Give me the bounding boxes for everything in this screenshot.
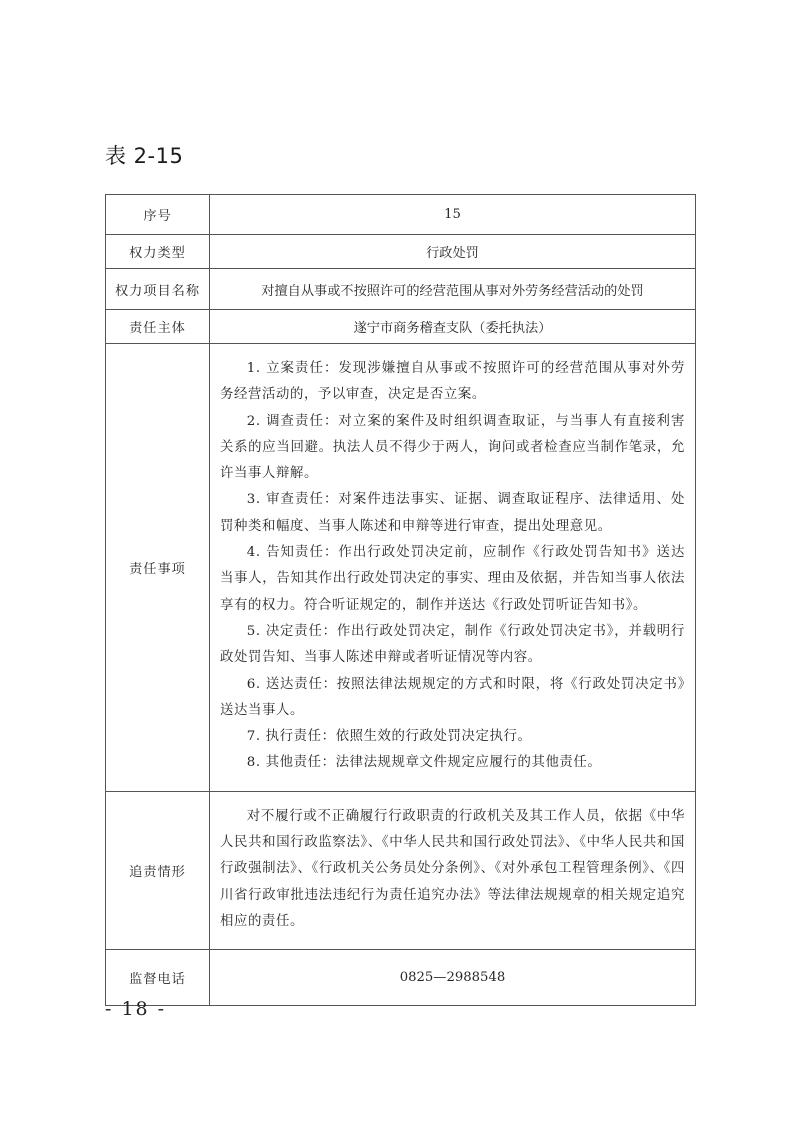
duty-item-4: 4. 告知责任：作出行政处罚决定前，应制作《行政处罚告知书》送达当事人，告知其作… xyxy=(220,540,685,619)
table-row-seq: 序号 15 xyxy=(106,195,696,235)
row-label-subject: 责任主体 xyxy=(106,310,210,344)
row-value-phone: 0825—2988548 xyxy=(210,950,696,1006)
table-row-power-type: 权力类型 行政处罚 xyxy=(106,235,696,269)
row-label-power-type: 权力类型 xyxy=(106,235,210,269)
duty-item-8: 8. 其他责任：法律法规规章文件规定应履行的其他责任。 xyxy=(220,750,685,776)
duty-item-6: 6. 送达责任：按照法律法规规定的方式和时限，将《行政处罚决定书》送达当事人。 xyxy=(220,672,685,725)
row-label-accountability: 追责情形 xyxy=(106,791,210,949)
responsibility-table: 序号 15 权力类型 行政处罚 权力项目名称 对擅自从事或不按照许可的经营范围从… xyxy=(105,194,696,1006)
duties-list: 1. 立案责任：发现涉嫌擅自从事或不按照许可的经营范围从事对外劳务经营活动的，予… xyxy=(210,344,695,791)
duty-item-5: 5. 决定责任：作出行政处罚决定，制作《行政处罚决定书》，并载明行政处罚告知、当… xyxy=(220,619,685,672)
table-row-duties: 责任事项 1. 立案责任：发现涉嫌擅自从事或不按照许可的经营范围从事对外劳务经营… xyxy=(106,344,696,792)
row-label-seq: 序号 xyxy=(106,195,210,235)
duty-item-1: 1. 立案责任：发现涉嫌擅自从事或不按照许可的经营范围从事对外劳务经营活动的，予… xyxy=(220,356,685,409)
duty-item-2: 2. 调查责任：对立案的案件及时组织调查取证，与当事人有直接利害关系的应当回避。… xyxy=(220,409,685,488)
row-value-accountability: 对不履行或不正确履行行政职责的行政机关及其工作人员，依据《中华人民共和国行政监察… xyxy=(210,791,696,949)
row-value-duties: 1. 立案责任：发现涉嫌擅自从事或不按照许可的经营范围从事对外劳务经营活动的，予… xyxy=(210,344,696,792)
accountability-text: 对不履行或不正确履行行政职责的行政机关及其工作人员，依据《中华人民共和国行政监察… xyxy=(220,804,685,935)
table-caption: 表 2-15 xyxy=(105,140,183,170)
row-label-duties: 责任事项 xyxy=(106,344,210,792)
duty-item-3: 3. 审查责任：对案件违法事实、证据、调查取证程序、法律适用、处罚种类和幅度、当… xyxy=(220,487,685,540)
table-row-power-name: 权力项目名称 对擅自从事或不按照许可的经营范围从事对外劳务经营活动的处罚 xyxy=(106,269,696,310)
table-row-accountability: 追责情形 对不履行或不正确履行行政职责的行政机关及其工作人员，依据《中华人民共和… xyxy=(106,791,696,949)
accountability-text-block: 对不履行或不正确履行行政职责的行政机关及其工作人员，依据《中华人民共和国行政监察… xyxy=(210,792,695,949)
duty-item-7: 7. 执行责任：依照生效的行政处罚决定执行。 xyxy=(220,724,685,750)
row-value-seq: 15 xyxy=(210,195,696,235)
row-value-power-name: 对擅自从事或不按照许可的经营范围从事对外劳务经营活动的处罚 xyxy=(210,269,696,310)
row-value-power-type: 行政处罚 xyxy=(210,235,696,269)
row-label-power-name: 权力项目名称 xyxy=(106,269,210,310)
table-row-phone: 监督电话 0825—2988548 xyxy=(106,950,696,1006)
row-value-subject: 遂宁市商务稽查支队（委托执法） xyxy=(210,310,696,344)
page-number: - 18 - xyxy=(105,998,166,1020)
table-row-subject: 责任主体 遂宁市商务稽查支队（委托执法） xyxy=(106,310,696,344)
